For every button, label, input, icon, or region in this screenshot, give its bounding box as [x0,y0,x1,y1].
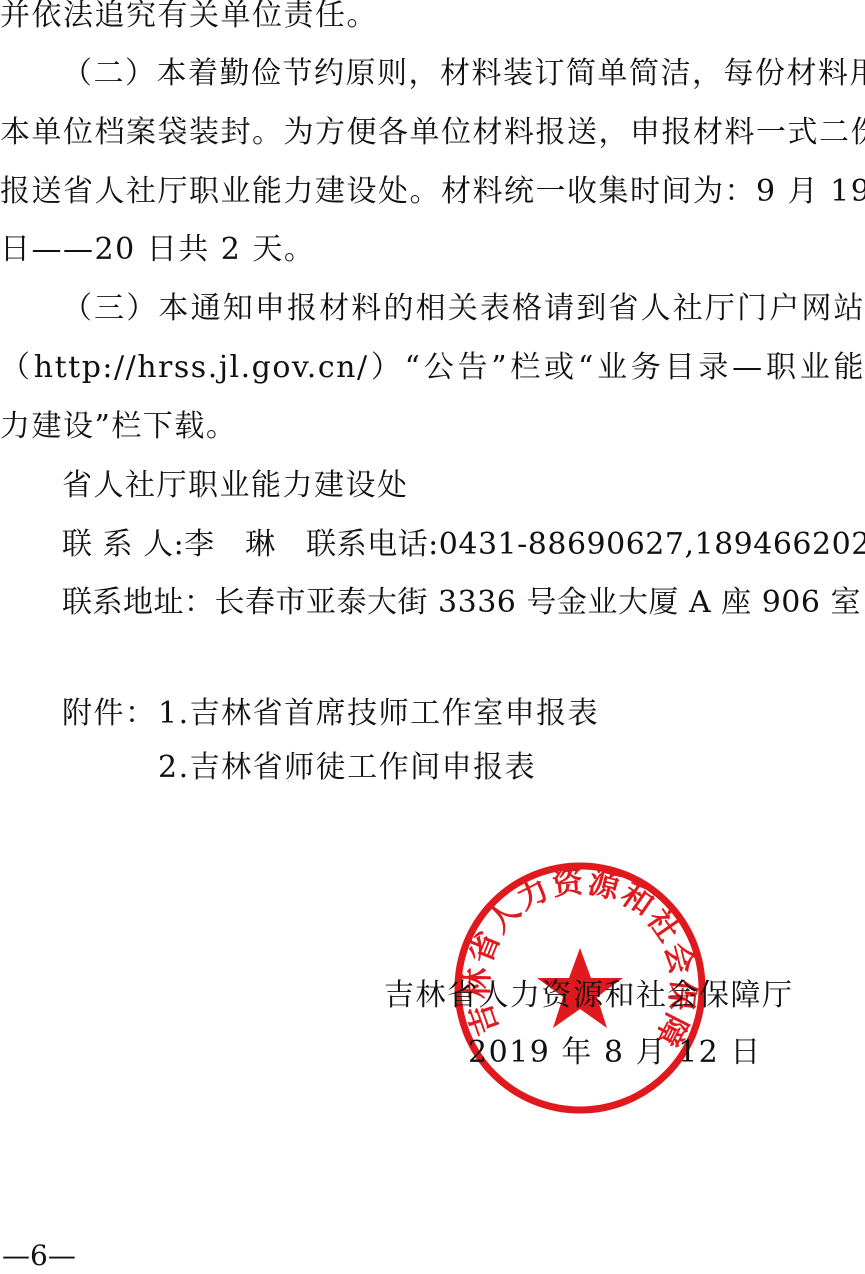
paragraph-line: 本单位档案袋装封。为方便各单位材料报送，申报材料一式二份 [0,113,865,153]
paragraph-line: 日——20 日共 2 天。 [0,230,315,270]
issue-date: 2019 年 8 月 12 日 [468,1033,762,1073]
paragraph-line: （二）本着勤俭节约原则，材料装订简单简洁，每份材料用 [0,54,865,94]
issuer-name: 吉林省人力资源和社会保障厅 [384,976,794,1016]
paragraph-line: （http://hrss.jl.gov.cn/）“公告”栏或“业务目录—职业能 [0,348,865,388]
attachments-label: 附件： [62,694,157,734]
contact-department: 省人社厅职业能力建设处 [62,466,409,506]
paragraph-line: （三）本通知申报材料的相关表格请到省人社厅门户网站 [0,289,865,329]
attachment-item: 2.吉林省师徒工作间申报表 [158,748,536,788]
contact-address: 联系地址：长春市亚泰大街 3336 号金业大厦 A 座 906 室 [62,583,861,623]
contact-person: 联 系 人:李 琳 联系电话:0431-88690627,18946620289 [62,525,865,565]
svg-text:吉林省人力资源和社会保障厅: 吉林省人力资源和社会保障厅 [452,860,701,1054]
attachment-item: 1.吉林省首席技师工作室申报表 [158,694,599,734]
paragraph-line: 报送省人社厅职业能力建设处。材料统一收集时间为：9 月 19 [0,172,865,212]
page-number: —6— [2,1238,76,1274]
paragraph-line: 并依法追究有关单位责任。 [0,0,378,36]
paragraph-line: 力建设”栏下载。 [0,407,237,447]
